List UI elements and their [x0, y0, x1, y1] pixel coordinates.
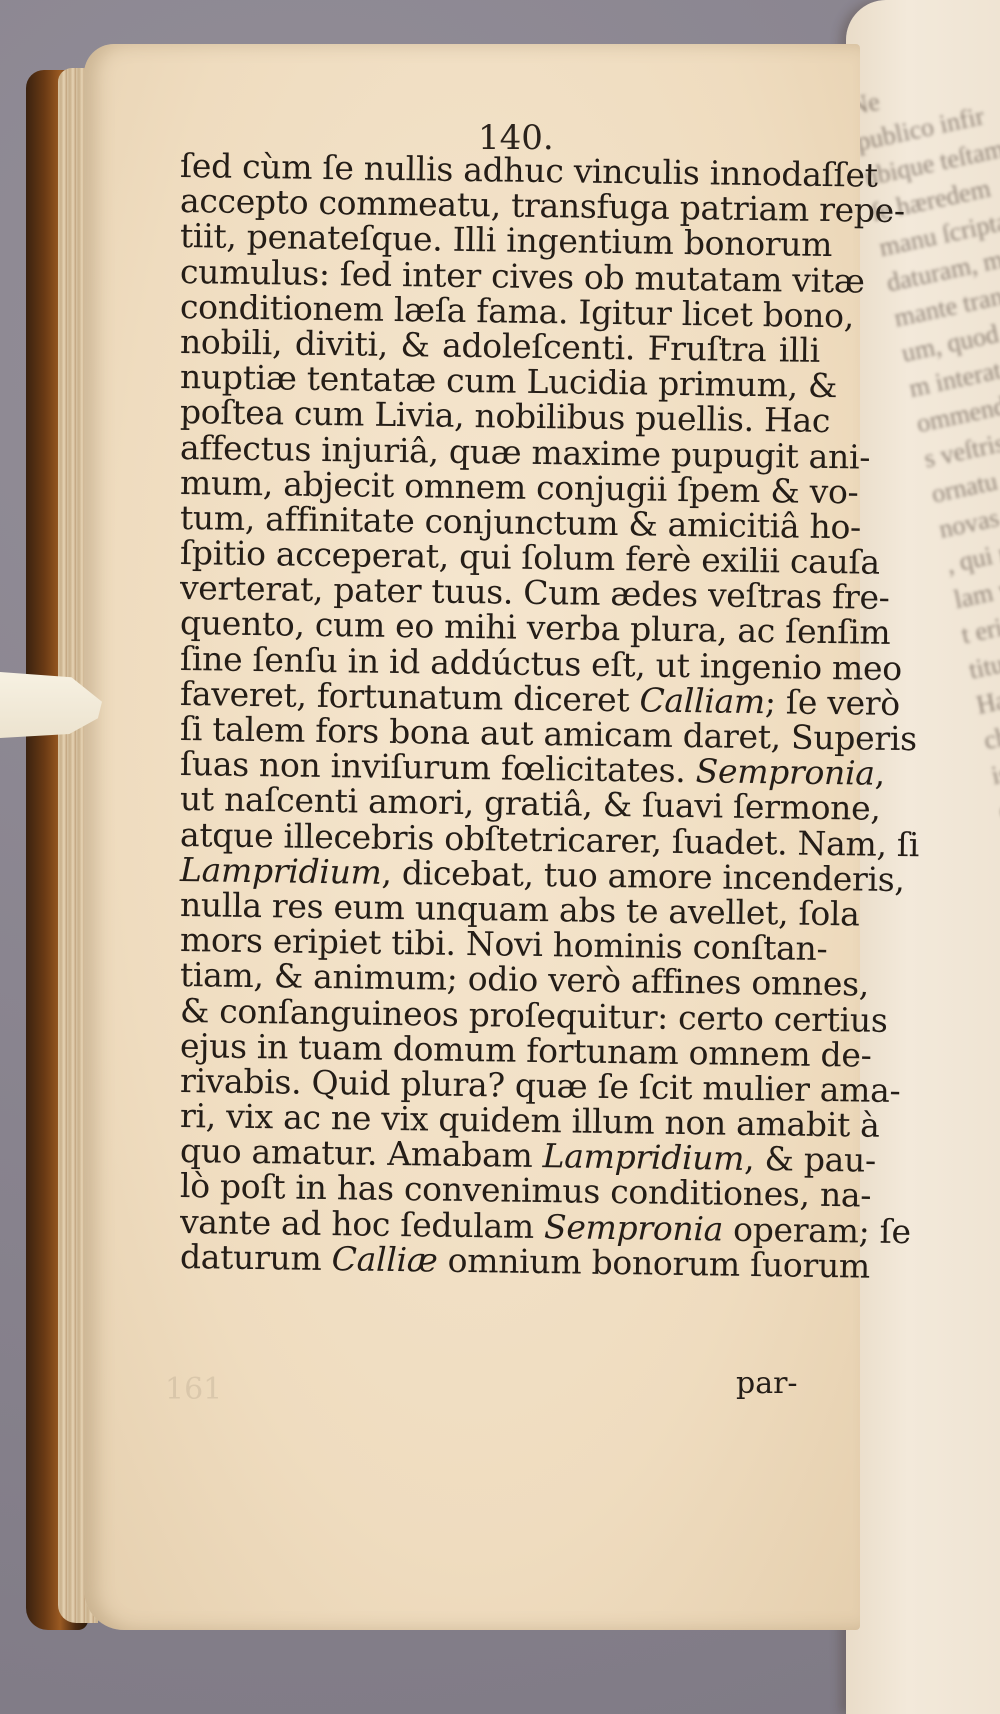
catchword: par- [736, 1366, 798, 1401]
text-line: daturum Calliæ omnium bonorum ſuorum [180, 1239, 820, 1283]
page-body-text: ſed cùm ſe nullis adhuc vinculis innodaſ… [180, 148, 820, 1274]
show-through-text: 161 [165, 1372, 222, 1407]
